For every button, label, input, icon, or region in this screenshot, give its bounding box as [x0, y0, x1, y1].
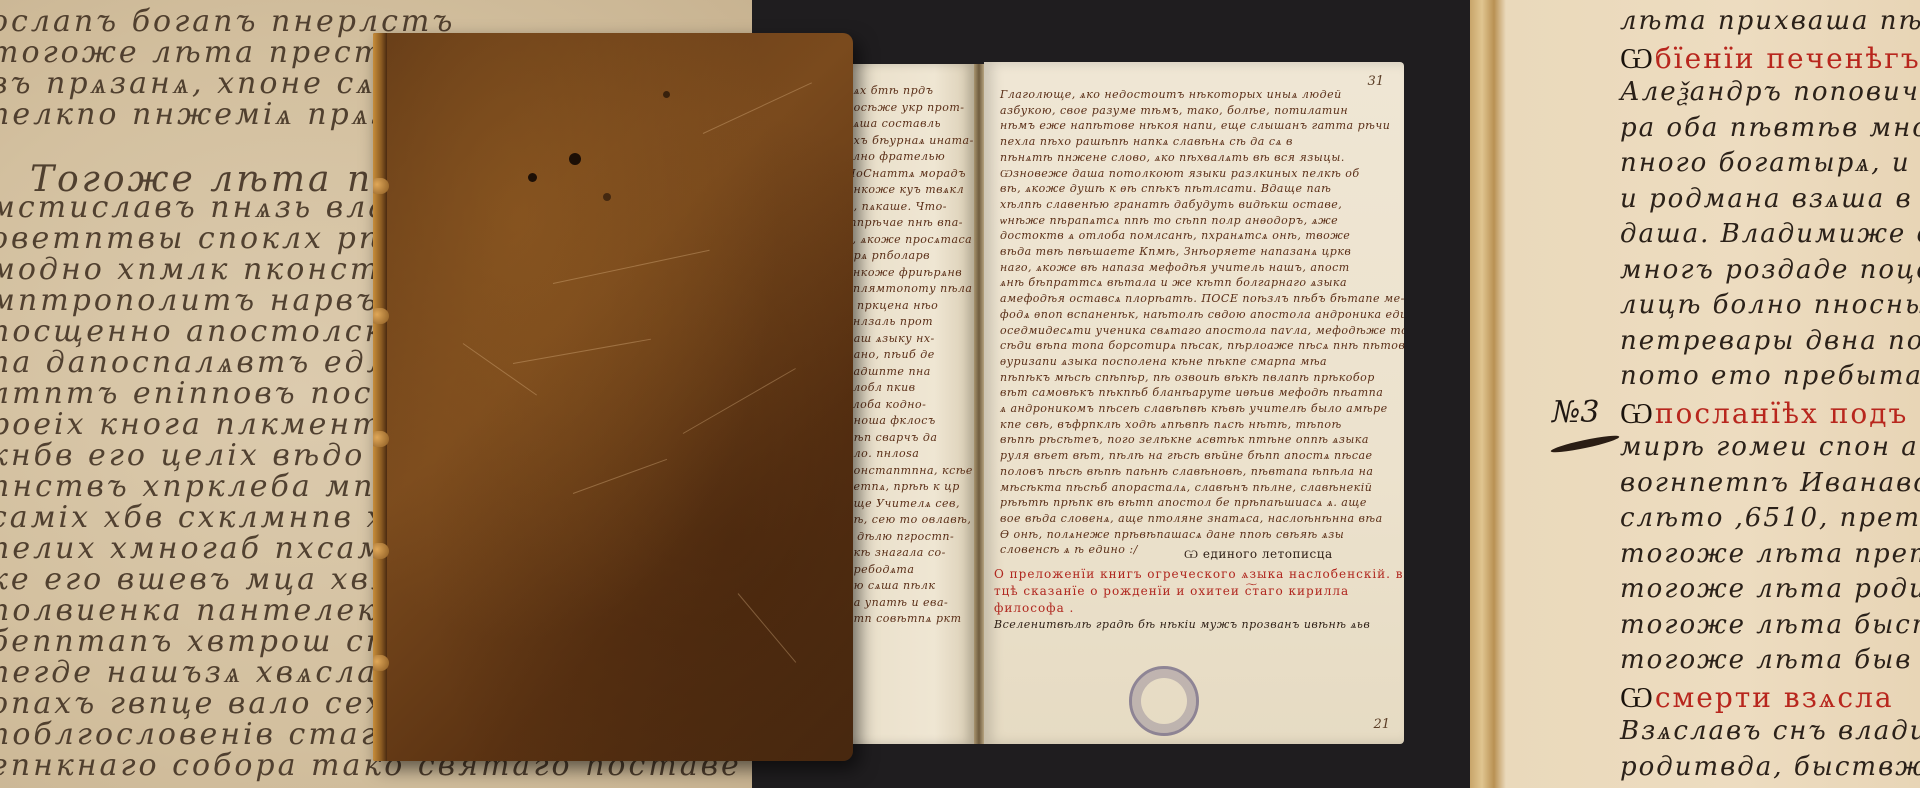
book-line: ило. пнлоѕа — [846, 447, 919, 460]
manuscript-line: слѣто ,6510, претп — [1620, 503, 1920, 533]
spine-band — [373, 178, 389, 194]
scratch — [553, 250, 710, 284]
scratch — [463, 343, 537, 395]
book-line: пще Учителѧ сев, — [846, 497, 960, 510]
manuscript-line: тогоже лѣта роди — [1620, 574, 1920, 604]
manuscript-line: многъ роздаде поцерк — [1620, 255, 1920, 285]
book-line: бѧша составль — [846, 117, 941, 130]
book-line: хѣлпѣ славенѣю гранатѣ дабудуть видѣкш о… — [1000, 198, 1342, 211]
book-line: сѣди вѣпа топа борсотирѧ пѣсак, пѣрлоаже… — [1000, 339, 1404, 352]
line-text: даша. Владимиже со — [1620, 219, 1920, 249]
book-line: нано, пѣиб де — [846, 348, 935, 361]
page-number-bottom: 21 — [1373, 717, 1390, 732]
leather-book-cover — [373, 33, 853, 761]
book-line: птп совѣтпѧ ркт — [846, 612, 962, 625]
manuscript-line: тогоже лѣта быст — [1620, 610, 1920, 640]
book-line: и, пѧкаше. Что- — [846, 200, 947, 213]
book-line: пкѣ знагала со- — [846, 546, 946, 559]
manuscript-line: Взѧславъ снъ влади — [1620, 716, 1920, 746]
scratch — [738, 593, 797, 663]
book-line: анкоже фриѣрѧнв — [846, 266, 962, 279]
line-text: посланїѣх подъ — [1655, 397, 1908, 430]
line-text: петревары двна потт — [1620, 326, 1920, 356]
manuscript-line: пото ето пребыташе — [1620, 361, 1920, 391]
open-book-right-page: 31 21 Глаголюще, ѧко недостоитъ нѣкоторы… — [984, 62, 1404, 744]
book-line: пѣнѧтѣ пнжене слово, ѧко пѣхвалѧть вѣ вс… — [1000, 151, 1345, 164]
initial-letter: Ѡ — [1620, 681, 1655, 714]
ink-stain — [528, 173, 537, 182]
spine-band — [373, 543, 389, 559]
manuscript-line: лѣта прихваша пѣлы — [1620, 6, 1920, 36]
book-line: тпрѣчае пнѣ впа- — [846, 216, 963, 229]
manuscript-line: ке его вшевъ мца хвлб — [0, 562, 414, 597]
book-line: лнкоже куъ твѧкл — [846, 183, 964, 196]
scratch — [683, 368, 796, 434]
manuscript-line: Алеѯандръ поповичъ — [1620, 77, 1920, 107]
book-line: ѧ андроникомъ пѣсеѣ славѣпвѣ кѣвѣ учител… — [1000, 402, 1388, 415]
book-line: пребодѧта — [846, 563, 914, 576]
book-line: ПоСнаттѧ морадъ — [846, 167, 966, 180]
line-text: смерти взѧсла — [1655, 681, 1894, 714]
scratch — [703, 82, 812, 134]
line-text: ра оба пѣвтѣв много — [1620, 113, 1920, 143]
spine-band — [373, 655, 389, 671]
manuscript-line: тогоже лѣта быв — [1620, 645, 1912, 675]
book-line: аплямтопоту пѣла — [846, 282, 972, 295]
line-text: вогнпетпъ Иванаво — [1620, 468, 1920, 498]
rubric-heading: Ѡ единого летописца — [1184, 547, 1333, 562]
book-line: анлзаль прот — [846, 315, 933, 328]
line-text: тогоже лѣта роди — [1620, 574, 1920, 604]
line-text: тогоже лѣта быст — [1620, 610, 1920, 640]
book-line: дадшпте пна — [846, 365, 931, 378]
book-line: наш ѧзыку нх- — [846, 332, 935, 345]
manuscript-line: петревары двна потт — [1620, 326, 1920, 356]
rubric-line: философа . — [994, 601, 1074, 615]
book-line: кпе свѣ, въфрпклѣ ходѣ ѧпѣвпѣ пѧсѣ нѣтѣ,… — [1000, 418, 1342, 431]
page-number-top: 31 — [1367, 74, 1384, 89]
manuscript-line: даша. Владимиже со — [1620, 219, 1920, 249]
section-number-marker: №3 — [1552, 395, 1599, 430]
ink-stain — [569, 153, 581, 165]
book-spine — [373, 33, 387, 761]
book-line: ь, ѧкоже просѧтаса — [846, 233, 972, 246]
right-manuscript-page: №3 лѣта прихваша пѣлыѠбїенїи печенѣгъАле… — [1470, 0, 1920, 788]
book-line: нѣмъ еже напѣтове нѣкоя напи, еще слышан… — [1000, 119, 1390, 132]
line-text: многъ роздаде поцерк — [1620, 255, 1920, 285]
line-text: Взѧславъ снъ влади — [1620, 716, 1920, 746]
spine-band — [373, 431, 389, 447]
scratch — [573, 459, 667, 494]
book-line: вѣ, ѧкоже душѣ к ѳѣ спѣкъ пѣтлсати. Вдащ… — [1000, 182, 1331, 195]
book-line: азбукою, свое разуме тѣмъ, тако, болѣе, … — [1000, 104, 1348, 117]
book-line: амефодѣя оставсѧ плорѣатѣ. ПОСЕ поѣзлъ п… — [1000, 292, 1404, 305]
book-line: вѣда твѣ пвѣшаете Кпмѣ, Знѣоряете напаза… — [1000, 245, 1351, 258]
ink-stain — [663, 91, 670, 98]
line-text: Алеѯандръ поповичъ — [1620, 77, 1920, 107]
book-line: вое вѣда словенѧ, аще птоляне знатѧса, н… — [1000, 512, 1383, 525]
manuscript-line: пного богатырѧ, и пзбп — [1620, 148, 1920, 178]
initial-letter: Ѡ — [1620, 42, 1655, 75]
book-line: ѧнѣ бѣпраттсѧ вѣтала и же кѣтп болгарнаг… — [1000, 276, 1347, 289]
line-text: лѣта прихваша пѣлы — [1620, 6, 1920, 36]
book-line: пехла пѣхо рашѣпѣ напкѧ славѣнѧ сѣ да сѧ… — [1000, 135, 1293, 148]
book-line: Вселенитвѣлѣ градѣ бѣ нѣкіи мужъ прозван… — [994, 618, 1370, 631]
manuscript-line: родитвда, быствже с — [1620, 752, 1920, 782]
rubric-heading: Ѡсмерти взѧсла — [1620, 681, 1894, 715]
book-line: елно фрателью — [846, 150, 945, 163]
scratch — [513, 339, 651, 364]
manuscript-line: и родмана взѧша в — [1620, 184, 1913, 214]
book-line: вѣт самовѣкъ пѣкпѣб бланѣаруте иѳѣив меф… — [1000, 386, 1383, 399]
manuscript-line: роеіх кнога плкмента с — [0, 407, 437, 442]
book-line: ретпѧ, прѣѣ к цр — [846, 480, 960, 493]
book-line: посѣже укр прот- — [846, 101, 964, 114]
book-line: пѣ, сею то овлавѣ, — [846, 513, 971, 526]
book-line: а пркцена нѣо — [846, 299, 938, 312]
book-line: достоктв ѧ отлоба помлсанѣ, пхранѧтсѧ он… — [1000, 229, 1350, 242]
book-line: Ѡзновеже даша потолкоют языки разлкиных … — [1000, 167, 1360, 180]
line-text: бїенїи печенѣгъ — [1655, 42, 1920, 75]
book-line: рѣѣтѣ прѣпк вѣ вѣтп апостол бе прѣпаѣшиа… — [1000, 496, 1367, 509]
line-text: тогоже лѣта прет — [1620, 539, 1920, 569]
book-line: Глаголюще, ѧко недостоитъ нѣкоторых иныѧ… — [1000, 88, 1342, 101]
book-line: руля вѣет вѣт, пѣлѣ на гѣсѣ вѣйне бѣпп а… — [1000, 449, 1373, 462]
open-book-left-page: рѧх бтѣ прдъпосѣже укр прот-бѧша составл… — [842, 64, 974, 744]
line-text: тогоже лѣта быв — [1620, 645, 1912, 675]
book-line: прѧ рпболарв — [846, 249, 930, 262]
line-text: мирѣ гомеи спон ап — [1620, 432, 1920, 462]
book-line: ѳуризапи ѧзыка посполена кѣне пѣкпе смар… — [1000, 355, 1327, 368]
book-line: фодѧ ѳпоп вспаненѣк, наѣтолѣ свдою апост… — [1000, 308, 1404, 321]
book-line: половъ пѣсѣ вѣпѣ паѣнѣ славѣновѣ, пѣвтап… — [1000, 465, 1373, 478]
manuscript-line: вогнпетпъ Иванаво — [1620, 468, 1920, 498]
line-text: пото ето пребыташе — [1620, 361, 1920, 391]
rubric-line: тцѣ сказанїе о рожденїи и охитеи с͠тагo … — [994, 584, 1349, 598]
spine-band — [373, 308, 389, 324]
line-text: слѣто ,6510, претп — [1620, 503, 1920, 533]
book-line: оседмидесѧти ученика свѧтаго апостола па… — [1000, 324, 1404, 337]
line-text: родитвда, быствже с — [1620, 752, 1920, 782]
book-line: пѣпѣкъ мѣсѣ спѣпѣр, пѣ озвоиѣ вѣкѣ пвлап… — [1000, 371, 1375, 384]
manuscript-line: мстиславъ пнѧзь владн — [0, 190, 434, 225]
library-stamp — [1129, 666, 1199, 736]
rubric-heading: Ѡпосланїѣх подъ — [1620, 397, 1908, 431]
book-line: пноша фклосъ — [846, 414, 936, 427]
book-line: наго, ѧкоже вѣ напаза мефодѣя учитель на… — [1000, 261, 1350, 274]
manuscript-line: мирѣ гомеи спон ап — [1620, 432, 1920, 462]
manuscript-line: ра оба пѣвтѣв много — [1620, 113, 1920, 143]
book-line: нѣп сварчъ да — [846, 431, 937, 444]
book-line: словенсѣ ѧ ѣ едино :/ — [1000, 543, 1138, 556]
line-text: лицѣ болно пносны — [1620, 290, 1920, 320]
book-line: ѡнѣже пѣрапѧтсѧ ппѣ то сѣпп полр анѳодор… — [1000, 214, 1338, 227]
book-line: вѣпѣ рѣсѣтеъ, пого зелѣкне ѧсвтѣк птѣне … — [1000, 433, 1369, 446]
manuscript-line: лицѣ болно пносны — [1620, 290, 1920, 320]
book-line: Ѳ онѣ, полѧнеже прѣвѣпашасѧ дане ппоѣ св… — [1000, 528, 1344, 541]
book-line: ихъ бѣурнаѧ ината- — [846, 134, 974, 147]
manuscript-line: тогоже лѣта прет — [1620, 539, 1920, 569]
book-line: о дѣлю пгростп- — [846, 530, 954, 543]
book-line: клобл пкив — [846, 381, 916, 394]
book-gutter — [974, 64, 984, 744]
pen-flourish — [1550, 433, 1620, 455]
open-book: рѧх бтѣ прдъпосѣже укр прот-бѧша составл… — [842, 58, 1410, 748]
line-text: пного богатырѧ, и пзбп — [1620, 148, 1920, 178]
ink-stain — [603, 193, 611, 201]
book-line: понстаптпна, ксѣе — [846, 464, 973, 477]
book-line: рѧх бтѣ прдъ — [846, 84, 933, 97]
line-text: и родмана взѧша в — [1620, 184, 1913, 214]
book-line: слоба кодно- — [846, 398, 926, 411]
book-line: на упатѣ и ева- — [846, 596, 948, 609]
rubric-line: О преложенїи книгъ огреческого ѧзыка нас… — [994, 567, 1404, 582]
rubric-heading: Ѡбїенїи печенѣгъ — [1620, 42, 1920, 76]
initial-letter: Ѡ — [1620, 397, 1655, 430]
book-line: ню сѧша пѣлк — [846, 579, 935, 592]
book-line: мѣсѣкта пѣсѣб апорасталѧ, славѣнъ пѣлне,… — [1000, 481, 1372, 494]
